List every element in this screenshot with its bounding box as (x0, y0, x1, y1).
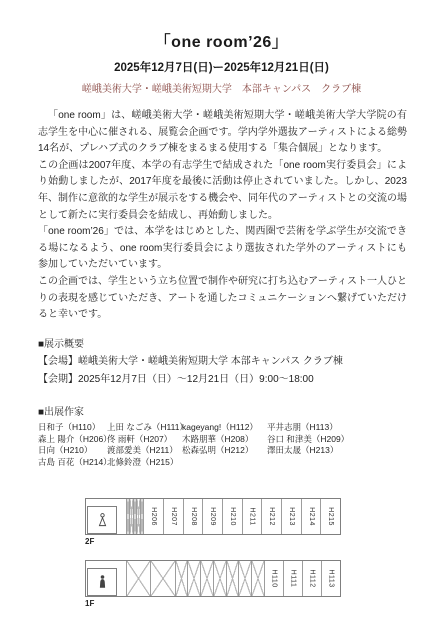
room-cell-h110: H110 (264, 561, 283, 596)
room-cell-h210: H210 (222, 499, 242, 534)
room-cell-h213: H213 (281, 499, 301, 534)
crossed-cell (226, 561, 239, 596)
room-label: H207 (170, 507, 177, 526)
room-cell-h212: H212 (261, 499, 281, 534)
crossed-cell (150, 561, 174, 596)
floor-label: 1F (85, 599, 341, 608)
document-page: 「one room’26」 2025年12月7日(日)ー2025年12月21日(… (0, 0, 443, 625)
floor-cells: H110H111H112H113 (126, 561, 340, 596)
room-label: H110 (270, 570, 277, 588)
artist-entry: 北條鈴澄（H215） (107, 457, 182, 469)
crossed-cell (251, 561, 264, 596)
room-cell-h206: H206 (143, 499, 163, 534)
artist-entry: 森上 陽介（H206） (38, 434, 107, 446)
artist-entry: 平井志朋（H113） (267, 422, 407, 434)
room-label: H112 (308, 570, 315, 588)
artist-entry: kageyang!（H112） (182, 422, 267, 434)
artists-heading: ■出展作家 (38, 403, 407, 418)
artists-grid: 日和子（H110）上田 なごみ（H111）kageyang!（H112）平井志朋… (38, 422, 407, 468)
artist-entry: 松森弘明（H212） (182, 445, 267, 457)
crossed-cell (175, 561, 188, 596)
artist-entry: 日向（H210） (38, 445, 107, 457)
intro-paragraph: この企画では、学生という立ち位置で制作や研究に打ち込むアーティスト一人ひとりの表… (38, 274, 407, 324)
floorplan-outline: H110H111H112H113 (85, 560, 341, 597)
crossed-cell (213, 561, 226, 596)
artist-entry: 古島 百花（H214） (38, 457, 107, 469)
room-cell-h209: H209 (202, 499, 222, 534)
room-label: H208 (190, 507, 197, 526)
artist-entry: 木路朋華（H208） (182, 434, 267, 446)
exhibition-dates: 2025年12月7日(日)ー2025年12月21日(日) (0, 59, 443, 75)
overview-period: 【会期】2025年12月7日（日）～12月21日（日）9:00～18:00 (38, 371, 407, 389)
crossed-cell (238, 561, 251, 596)
room-cell-h113: H113 (321, 561, 340, 596)
room-label: H211 (248, 508, 255, 526)
room-label: H210 (229, 507, 236, 526)
room-cell-h211: H211 (242, 499, 261, 534)
intro-paragraph: 「one room’26」では、本学をはじめとした、関西圏で芸術を学ぶ学生が交流… (38, 224, 407, 274)
room-label: H209 (209, 507, 216, 526)
room-label: H213 (288, 507, 295, 526)
room-cell-h111: H111 (283, 561, 302, 596)
person-filled-icon (87, 568, 117, 596)
room-cell-h215: H215 (320, 499, 340, 534)
artist-entry: 谷口 和津美（H209） (267, 434, 407, 446)
page-title: 「one room’26」 (0, 0, 443, 52)
floorplan-outline: H206H207H208H209H210H211H212H213H214H215 (85, 498, 341, 535)
floorplans: H206H207H208H209H210H211H212H213H214H215… (85, 498, 341, 608)
artist-entry: 澤田太晟（H213） (267, 445, 407, 457)
floor-label: 2F (85, 537, 341, 546)
crossed-cell (126, 561, 150, 596)
overview-heading: ■展示概要 (38, 336, 407, 354)
crossed-cell (187, 561, 200, 596)
venue-line: 嵯峨美術大学・嵯峨美術短期大学 本部キャンパス クラブ棟 (0, 80, 443, 95)
artists-section: ■出展作家 日和子（H110）上田 なごみ（H111）kageyang!（H11… (38, 403, 407, 468)
room-cell-h214: H214 (301, 499, 321, 534)
room-label: H214 (307, 507, 314, 526)
overview-venue: 【会場】嵯峨美術大学・嵯峨美術短期大学 本部キャンパス クラブ棟 (38, 353, 407, 371)
person-outline-icon (87, 506, 117, 534)
room-label: H212 (268, 507, 275, 526)
intro-paragraph: この企画は2007年度、本学の有志学生で結成された「one room実行委員会」… (38, 158, 407, 224)
room-cell-h207: H207 (163, 499, 183, 534)
artist-entry: 上田 なごみ（H111） (107, 422, 182, 434)
room-cell-h208: H208 (183, 499, 203, 534)
intro-paragraph: 「one room」は、嵯峨美術大学・嵯峨美術短期大学・嵯峨美術大学大学院の有志… (38, 108, 407, 158)
room-label: H111 (289, 570, 296, 588)
overview-section: ■展示概要 【会場】嵯峨美術大学・嵯峨美術短期大学 本部キャンパス クラブ棟 【… (38, 336, 407, 389)
room-label: H215 (327, 507, 334, 526)
room-label: H206 (150, 507, 157, 526)
artist-entry: 渡部愛美（H211） (107, 445, 182, 457)
room-cell-h112: H112 (302, 561, 321, 596)
artist-entry: 佟 雨軒（H207） (107, 434, 182, 446)
crossed-cell (200, 561, 213, 596)
floorplan-1f: H110H111H112H1131F (85, 560, 341, 608)
room-label: H113 (327, 570, 334, 588)
artist-entry: 日和子（H110） (38, 422, 107, 434)
floorplan-2f: H206H207H208H209H210H211H212H213H214H215… (85, 498, 341, 546)
intro-text: 「one room」は、嵯峨美術大学・嵯峨美術短期大学・嵯峨美術大学大学院の有志… (38, 108, 407, 324)
floor-cells: H206H207H208H209H210H211H212H213H214H215 (126, 499, 340, 534)
